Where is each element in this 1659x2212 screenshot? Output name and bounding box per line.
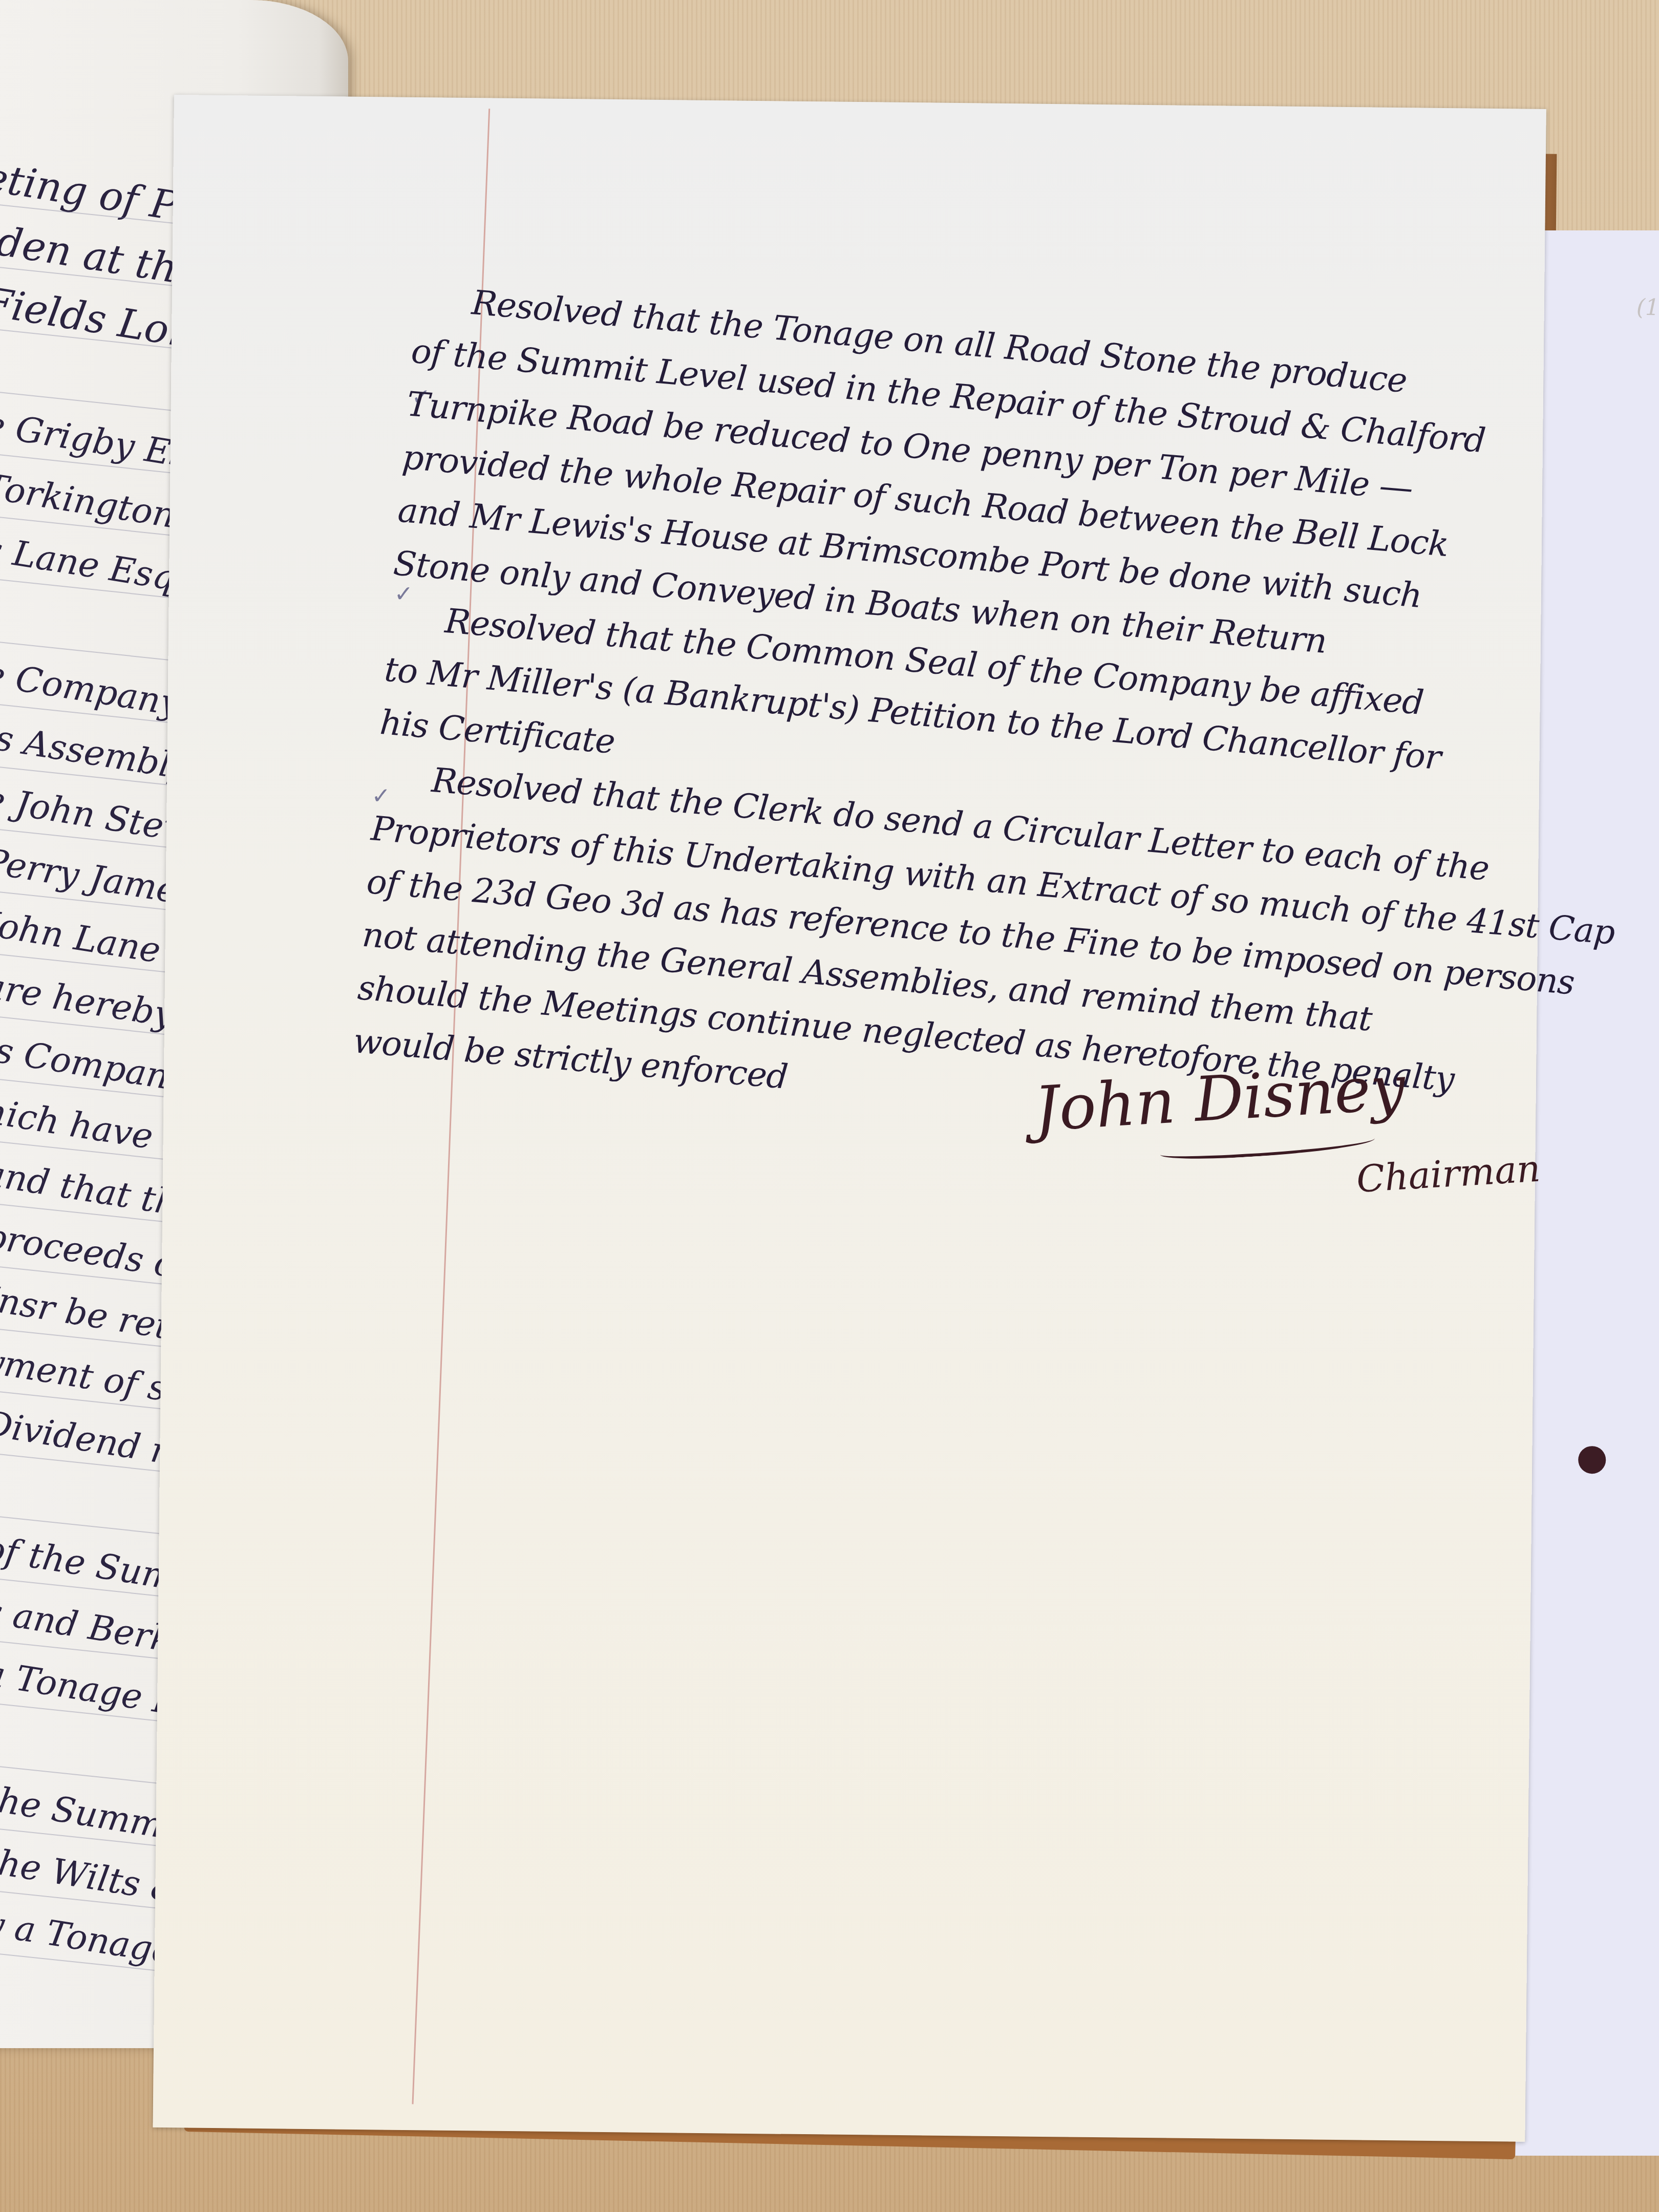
page-number: (18?) xyxy=(1636,294,1659,321)
signature-title: Chairman xyxy=(1355,1147,1542,1201)
minutes-text: Resolved that the Tonage on all Road Sto… xyxy=(351,271,1530,1161)
ink-blot xyxy=(1578,1446,1606,1474)
left-page-line: y a Tonage xyxy=(0,1903,176,1972)
right-page: (18?) ✓ ✓ ✓ Resolved that the Tonage on … xyxy=(153,95,1546,2142)
